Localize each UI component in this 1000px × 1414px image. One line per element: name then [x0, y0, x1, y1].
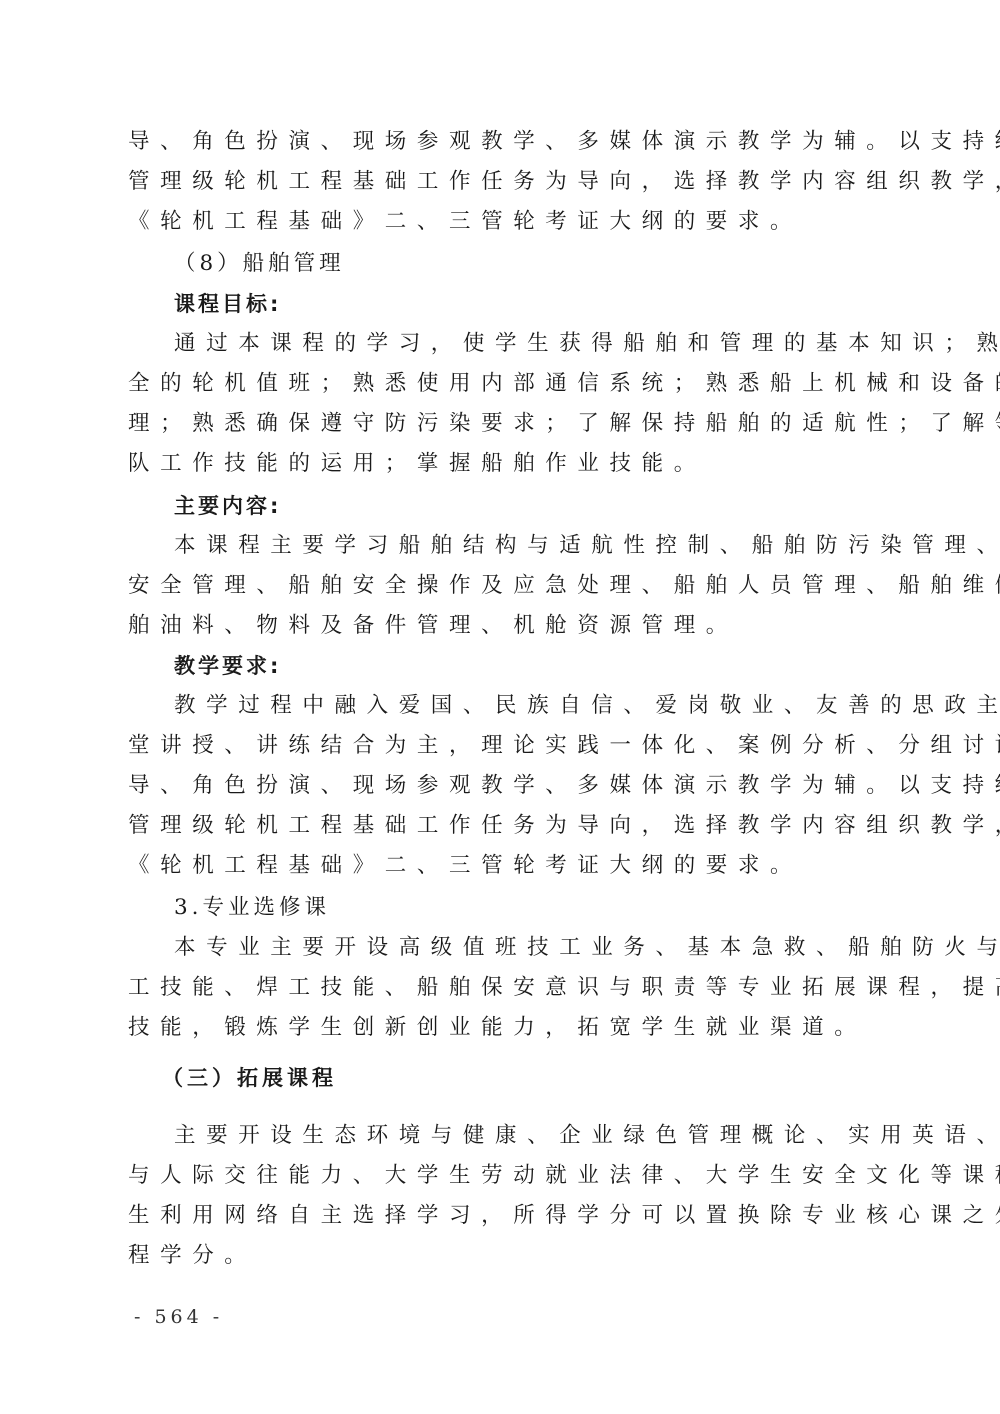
- body-line: 本专业主要开设高级值班技工业务、基本急救、船舶防火与灭火、钳: [174, 928, 1000, 968]
- heading-main-content: 主要内容:: [174, 486, 281, 526]
- body-line: 工技能、焊工技能、船舶保安意识与职责等专业拓展课程，提高学生专业: [128, 968, 1000, 1008]
- body-line: 《轮机工程基础》二、三管轮考证大纲的要求。: [128, 202, 802, 242]
- body-line: 导、角色扮演、现场参观教学、多媒体演示教学为辅。以支持级、操作级、: [128, 122, 1000, 162]
- body-line: 本课程主要学习船舶结构与适航性控制、船舶防污染管理、船舶营运: [174, 526, 1000, 566]
- body-line: 舶油料、物料及备件管理、机舱资源管理。: [128, 606, 738, 646]
- body-line: 安全管理、船舶安全操作及应急处理、船舶人员管理、船舶维修管理、船: [128, 566, 1000, 606]
- page-number: - 564 -: [134, 1306, 223, 1328]
- heading-teaching-requirements: 教学要求:: [174, 646, 281, 686]
- section-title-course-8: （8）船舶管理: [174, 244, 345, 284]
- body-line: 堂讲授、讲练结合为主，理论实践一体化、案例分析、分组讨论、启发引: [128, 726, 1000, 766]
- body-line: 导、角色扮演、现场参观教学、多媒体演示教学为辅。以支持级、操作级、: [128, 766, 1000, 806]
- body-line: 程学分。: [128, 1236, 256, 1276]
- body-line: 队工作技能的运用；掌握船舶作业技能。: [128, 444, 706, 484]
- body-line: 管理级轮机工程基础工作任务为导向，选择教学内容组织教学，还要兼顾: [128, 806, 1000, 846]
- body-line: 《轮机工程基础》二、三管轮考证大纲的要求。: [128, 846, 802, 886]
- section-title-electives: 3.专业选修课: [174, 888, 330, 928]
- body-line: 技能，锻炼学生创新创业能力，拓宽学生就业渠道。: [128, 1008, 866, 1048]
- body-line: 主要开设生态环境与健康、企业绿色管理概论、实用英语、公共关系: [174, 1116, 1000, 1156]
- body-line: 全的轮机值班；熟悉使用内部通信系统；熟悉船上机械和设备的维护与修: [128, 364, 1000, 404]
- body-line: 教学过程中融入爱国、民族自信、爱岗敬业、友善的思政主题。以课: [174, 686, 1000, 726]
- body-line: 理；熟悉确保遵守防污染要求；了解保持船舶的适航性；了解领导力和团: [128, 404, 1000, 444]
- body-line: 生利用网络自主选择学习，所得学分可以置换除专业核心课之外的其他课: [128, 1196, 1000, 1236]
- body-line: 管理级轮机工程基础工作任务为导向，选择教学内容组织教学，还要兼顾: [128, 162, 1000, 202]
- section-heading-extension-courses: （三）拓展课程: [162, 1058, 337, 1098]
- heading-course-objective: 课程目标:: [174, 284, 281, 324]
- body-line: 与人际交往能力、大学生劳动就业法律、大学生安全文化等课程。鼓励学: [128, 1156, 1000, 1196]
- body-line: 通过本课程的学习，使学生获得船舶和管理的基本知识；熟悉保持安: [174, 324, 1000, 364]
